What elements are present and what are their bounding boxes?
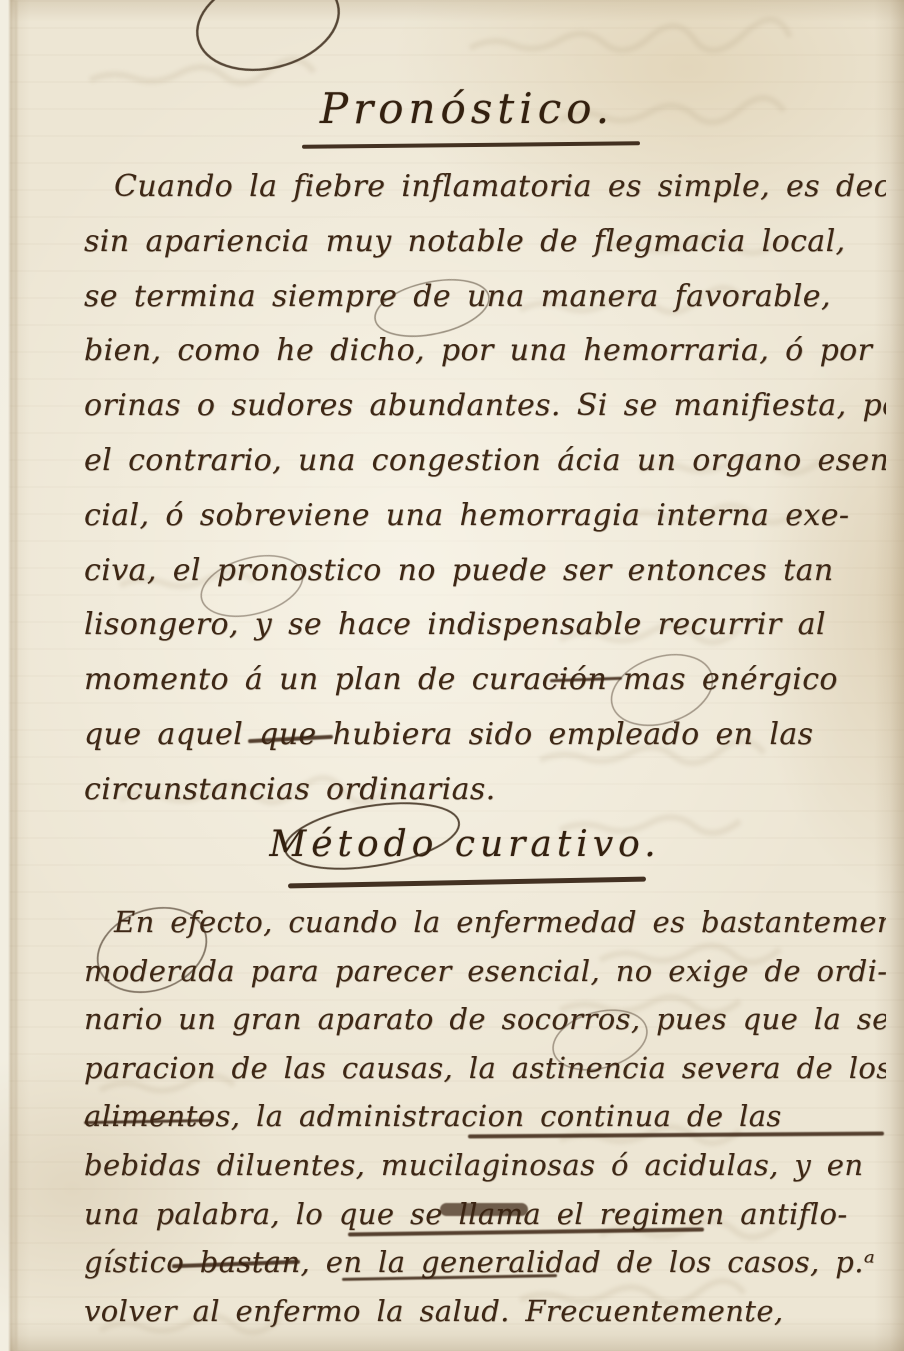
manuscript-line: paracion de las causas, la astinencia se… (84, 1044, 886, 1093)
manuscript-line: que aquel que hubiera sido empleado en l… (84, 708, 886, 763)
ink-blot-scribble (440, 1203, 528, 1216)
manuscript-line: orinas o sudores abundantes. Si se manif… (84, 379, 886, 434)
manuscript-line: bebidas diluentes, mucilaginosas ó acidu… (84, 1141, 886, 1190)
manuscript-line: lisongero, y se hace indispensable recur… (84, 598, 886, 653)
manuscript-line: civa, el pronostico no puede ser entonce… (84, 544, 886, 599)
manuscript-line: moderada para parecer esencial, no exige… (84, 947, 886, 996)
manuscript-page: Pronóstico. Cuando la fiebre inflamatori… (0, 0, 904, 1351)
section-heading-pronostico: Pronóstico. (0, 84, 904, 133)
heading-underline (288, 877, 646, 889)
section-metodo-curativo-text: En efecto, cuando la enfermedad es basta… (84, 898, 886, 1335)
manuscript-line: se termina siempre de una manera favorab… (84, 270, 886, 325)
left-fold-crease (15, 0, 17, 1351)
manuscript-line: volver al enfermo la salud. Frecuentemen… (84, 1287, 886, 1336)
manuscript-line: cial, ó sobreviene una hemorragia intern… (84, 489, 886, 544)
manuscript-line: circunstancias ordinarias. (84, 763, 886, 818)
section-heading-metodo-curativo: Método curativo. (0, 824, 904, 865)
manuscript-line: bien, como he dicho, por una hemorraria,… (84, 324, 886, 379)
heading-underline (302, 141, 640, 149)
manuscript-line: el contrario, una congestion ácia un org… (84, 434, 886, 489)
manuscript-line: Cuando la fiebre inflamatoria es simple,… (84, 160, 886, 215)
manuscript-line: En efecto, cuando la enfermedad es basta… (84, 898, 886, 947)
manuscript-line: momento á un plan de curación mas enérgi… (84, 653, 886, 708)
manuscript-line: nario un gran aparato de socorros, pues … (84, 995, 886, 1044)
manuscript-line: sin apariencia muy notable de flegmacia … (84, 215, 886, 270)
section-pronostico-text: Cuando la fiebre inflamatoria es simple,… (84, 160, 886, 818)
